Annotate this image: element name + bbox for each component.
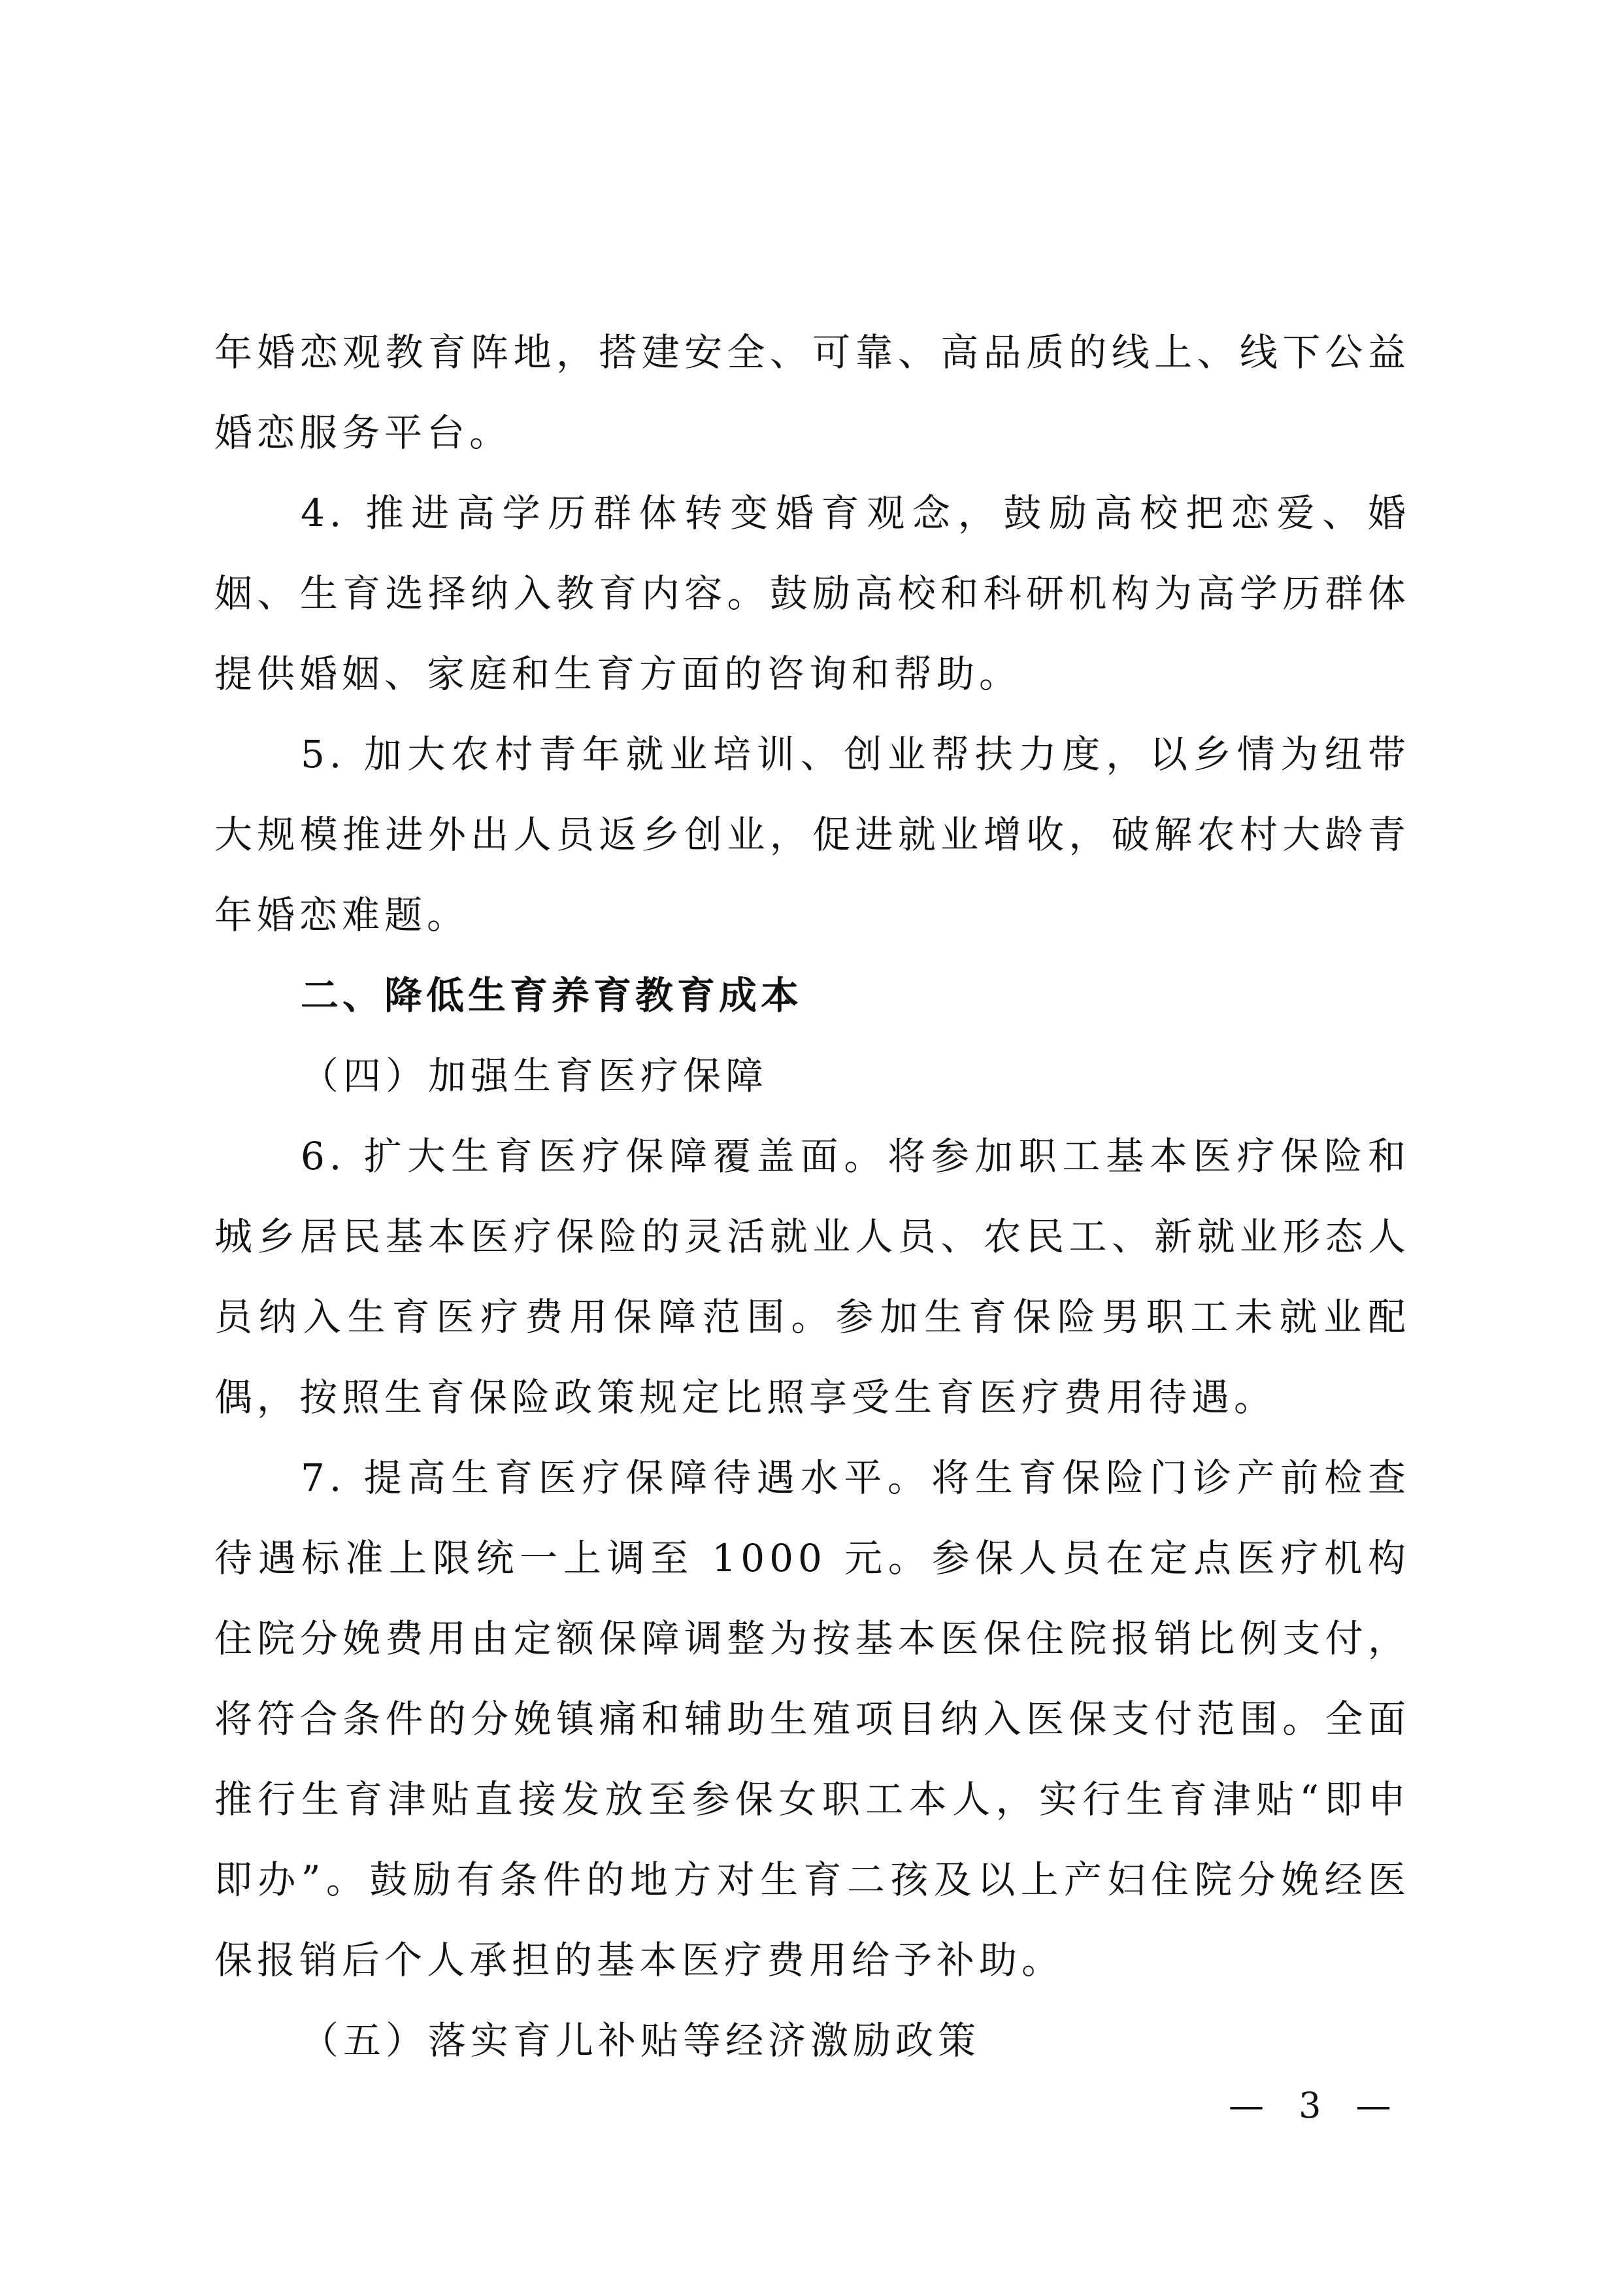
- subsection-heading-4: （四）加强生育医疗保障: [214, 1036, 1410, 1116]
- page-number: — 3 —: [1229, 2085, 1403, 2126]
- subsection-heading-5: （五）落实育儿补贴等经济激励政策: [214, 2001, 1410, 2081]
- paragraph-item-4-higher-education: 4. 推进高学历群体转变婚育观念，鼓励高校把恋爱、婚姻、生育选择纳入教育内容。鼓…: [214, 473, 1410, 714]
- paragraph-item-5-rural-youth: 5. 加大农村青年就业培训、创业帮扶力度，以乡情为纽带大规模推进外出人员返乡创业…: [214, 714, 1410, 956]
- paragraph-marriage-platform: 年婚恋观教育阵地，搭建安全、可靠、高品质的线上、线下公益婚恋服务平台。: [214, 312, 1410, 473]
- paragraph-item-7-benefits: 7. 提高生育医疗保障待遇水平。将生育保险门诊产前检查待遇标准上限统一上调至 1…: [214, 1438, 1410, 2001]
- paragraph-item-6-coverage: 6. 扩大生育医疗保障覆盖面。将参加职工基本医疗保险和城乡居民基本医疗保险的灵活…: [214, 1116, 1410, 1438]
- document-page: 年婚恋观教育阵地，搭建安全、可靠、高品质的线上、线下公益婚恋服务平台。 4. 推…: [214, 312, 1410, 2081]
- section-heading-2: 二、降低生育养育教育成本: [214, 956, 1410, 1036]
